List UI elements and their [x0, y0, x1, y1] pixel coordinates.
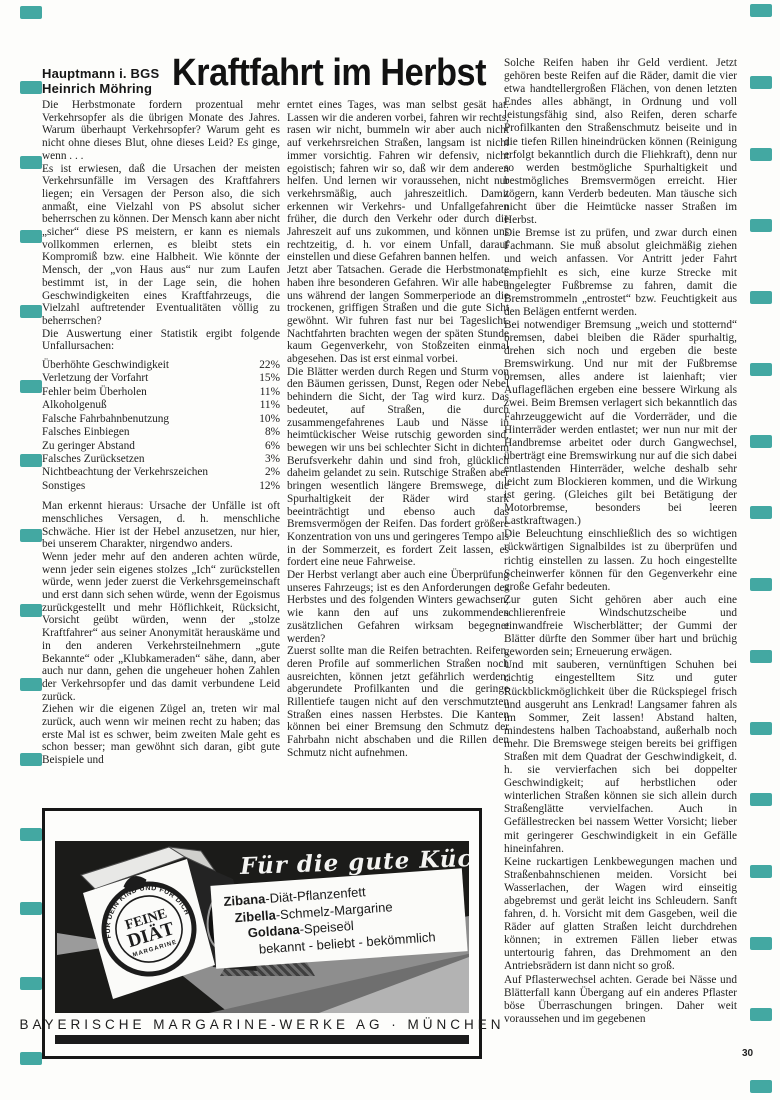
- proof-mark: [20, 977, 42, 990]
- paragraph: Die Beleuchtung einschließlich des so wi…: [504, 528, 737, 593]
- stat-label: Falsches Einbiegen: [42, 426, 130, 439]
- proof-mark: [750, 219, 772, 232]
- paragraph: Und mit sauberen, vernünftigen Schuhen b…: [504, 659, 737, 855]
- column-1-paragraphs: Die Herbstmonate fordern prozentual mehr…: [42, 99, 280, 353]
- paragraph: Die Auswertung einer Statistik ergibt fo…: [42, 328, 280, 353]
- proof-mark: [750, 435, 772, 448]
- paragraph: Solche Reifen haben ihr Geld verdient. J…: [504, 57, 737, 227]
- paragraph: Zur guten Sicht gehören aber auch eine s…: [504, 594, 737, 659]
- stat-label: Nichtbeachtung der Verkehrszeichen: [42, 466, 208, 479]
- proof-mark: [750, 148, 772, 161]
- proof-mark: [20, 529, 42, 542]
- text-column-3: Solche Reifen haben ihr Geld verdient. J…: [504, 57, 737, 1026]
- paragraph: Die Herbstmonate fordern prozentual mehr…: [42, 99, 280, 163]
- proof-mark: [20, 454, 42, 467]
- stat-value: 10%: [259, 413, 280, 426]
- stat-label: Sonstiges: [42, 480, 85, 493]
- byline-rank: Hauptmann i. BGS: [42, 66, 159, 81]
- byline: Hauptmann i. BGS Heinrich Möhring: [42, 66, 159, 96]
- proof-mark: [20, 753, 42, 766]
- accident-causes-stats-table: Überhöhte Geschwindigkeit22%Verletzung d…: [42, 359, 280, 493]
- stat-row: Fehler beim Überholen11%: [42, 386, 280, 399]
- proof-mark: [750, 76, 772, 89]
- stat-value: 15%: [259, 372, 280, 385]
- stat-label: Alkoholgenuß: [42, 399, 107, 412]
- stat-row: Falsches Zurücksetzen3%: [42, 453, 280, 466]
- stat-row: Überhöhte Geschwindigkeit22%: [42, 359, 280, 372]
- stat-label: Überhöhte Geschwindigkeit: [42, 359, 169, 372]
- margarine-advertisement: Für die gute Küche ! FÜR DEIN KIND UND F…: [42, 808, 482, 1059]
- stat-row: Sonstiges12%: [42, 480, 280, 493]
- stat-label: Falsche Fahrbahnbenutzung: [42, 413, 169, 426]
- proof-mark: [750, 722, 772, 735]
- paragraph: Bei notwendiger Bremsung „weich und stot…: [504, 319, 737, 529]
- proof-mark: [750, 793, 772, 806]
- proof-mark: [750, 506, 772, 519]
- ad-dark-panel: Für die gute Küche ! FÜR DEIN KIND UND F…: [55, 841, 469, 1013]
- paragraph: Auf Pflasterwechsel achten. Gerade bei N…: [504, 974, 737, 1026]
- proof-mark: [20, 6, 42, 19]
- proof-mark: [750, 4, 772, 17]
- proof-mark: [750, 865, 772, 878]
- proof-mark: [750, 937, 772, 950]
- paragraph: Man erkennt hieraus: Ursache der Unfälle…: [42, 500, 280, 551]
- proof-mark: [20, 305, 42, 318]
- brand-name: Zibella: [234, 907, 276, 925]
- stat-row: Nichtbeachtung der Verkehrszeichen2%: [42, 466, 280, 479]
- black-bar: [55, 1035, 469, 1044]
- proof-mark: [750, 363, 772, 376]
- proof-mark: [750, 1008, 772, 1021]
- stat-value: 3%: [265, 453, 280, 466]
- proof-mark: [20, 604, 42, 617]
- byline-author: Heinrich Möhring: [42, 81, 159, 96]
- column-1-paragraphs-after-stats: Man erkennt hieraus: Ursache der Unfälle…: [42, 500, 280, 767]
- stat-value: 22%: [259, 359, 280, 372]
- page-number: 30: [742, 1048, 753, 1059]
- paragraph: Die Bremse ist zu prüfen, und zwar durch…: [504, 227, 737, 319]
- article-title: Kraftfahrt im Herbst: [172, 52, 486, 95]
- text-column-2: erntet eines Tages, was man selbst gesät…: [287, 99, 509, 760]
- company-band: BAYERISCHE MARGARINE-WERKE AG · MÜNCHEN: [55, 1013, 469, 1035]
- paragraph: Die Blätter werden durch Regen und Sturm…: [287, 366, 509, 569]
- stat-value: 12%: [259, 480, 280, 493]
- paragraph: Jetzt aber Tatsachen. Gerade die Herbstm…: [287, 264, 509, 366]
- stat-label: Fehler beim Überholen: [42, 386, 147, 399]
- stat-row: Zu geringer Abstand6%: [42, 440, 280, 453]
- text-column-1: Die Herbstmonate fordern prozentual mehr…: [42, 99, 280, 767]
- stat-value: 6%: [265, 440, 280, 453]
- proof-mark: [20, 828, 42, 841]
- proof-mark: [20, 902, 42, 915]
- proof-mark: [20, 156, 42, 169]
- stat-label: Falsches Zurücksetzen: [42, 453, 145, 466]
- paragraph: Der Herbst verlangt aber auch eine Überp…: [287, 569, 509, 645]
- proof-mark: [20, 380, 42, 393]
- brand-name: Zibana: [223, 891, 266, 909]
- stat-value: 11%: [260, 399, 280, 412]
- stat-value: 8%: [265, 426, 280, 439]
- stat-row: Verletzung der Vorfahrt15%: [42, 372, 280, 385]
- product-label: Zibana-Diät-PflanzenfettZibella-Schmelz-…: [210, 868, 467, 968]
- stat-label: Verletzung der Vorfahrt: [42, 372, 148, 385]
- proof-mark: [750, 291, 772, 304]
- proof-mark: [20, 678, 42, 691]
- stat-value: 11%: [260, 386, 280, 399]
- stat-label: Zu geringer Abstand: [42, 440, 135, 453]
- proof-mark: [750, 650, 772, 663]
- paragraph: Es ist erwiesen, daß die Ursachen der me…: [42, 163, 280, 328]
- proof-mark: [20, 230, 42, 243]
- proof-mark: [20, 81, 42, 94]
- proof-mark: [750, 578, 772, 591]
- paragraph: erntet eines Tages, was man selbst gesät…: [287, 99, 509, 264]
- stat-row: Alkoholgenuß11%: [42, 399, 280, 412]
- paragraph: Ziehen wir die eigenen Zügel an, treten …: [42, 703, 280, 767]
- paragraph: Zuerst sollte man die Reifen betrachten.…: [287, 645, 509, 759]
- stat-row: Falsche Fahrbahnbenutzung10%: [42, 413, 280, 426]
- stat-value: 2%: [265, 466, 280, 479]
- stat-row: Falsches Einbiegen8%: [42, 426, 280, 439]
- paragraph: Keine ruckartigen Lenkbewegungen machen …: [504, 856, 737, 974]
- paragraph: Wenn jeder mehr auf den anderen achten w…: [42, 551, 280, 703]
- proof-mark: [750, 1080, 772, 1093]
- magazine-page: Hauptmann i. BGS Heinrich Möhring Kraftf…: [0, 0, 780, 1100]
- proof-mark: [20, 1052, 42, 1065]
- brand-name: Goldana: [247, 922, 300, 941]
